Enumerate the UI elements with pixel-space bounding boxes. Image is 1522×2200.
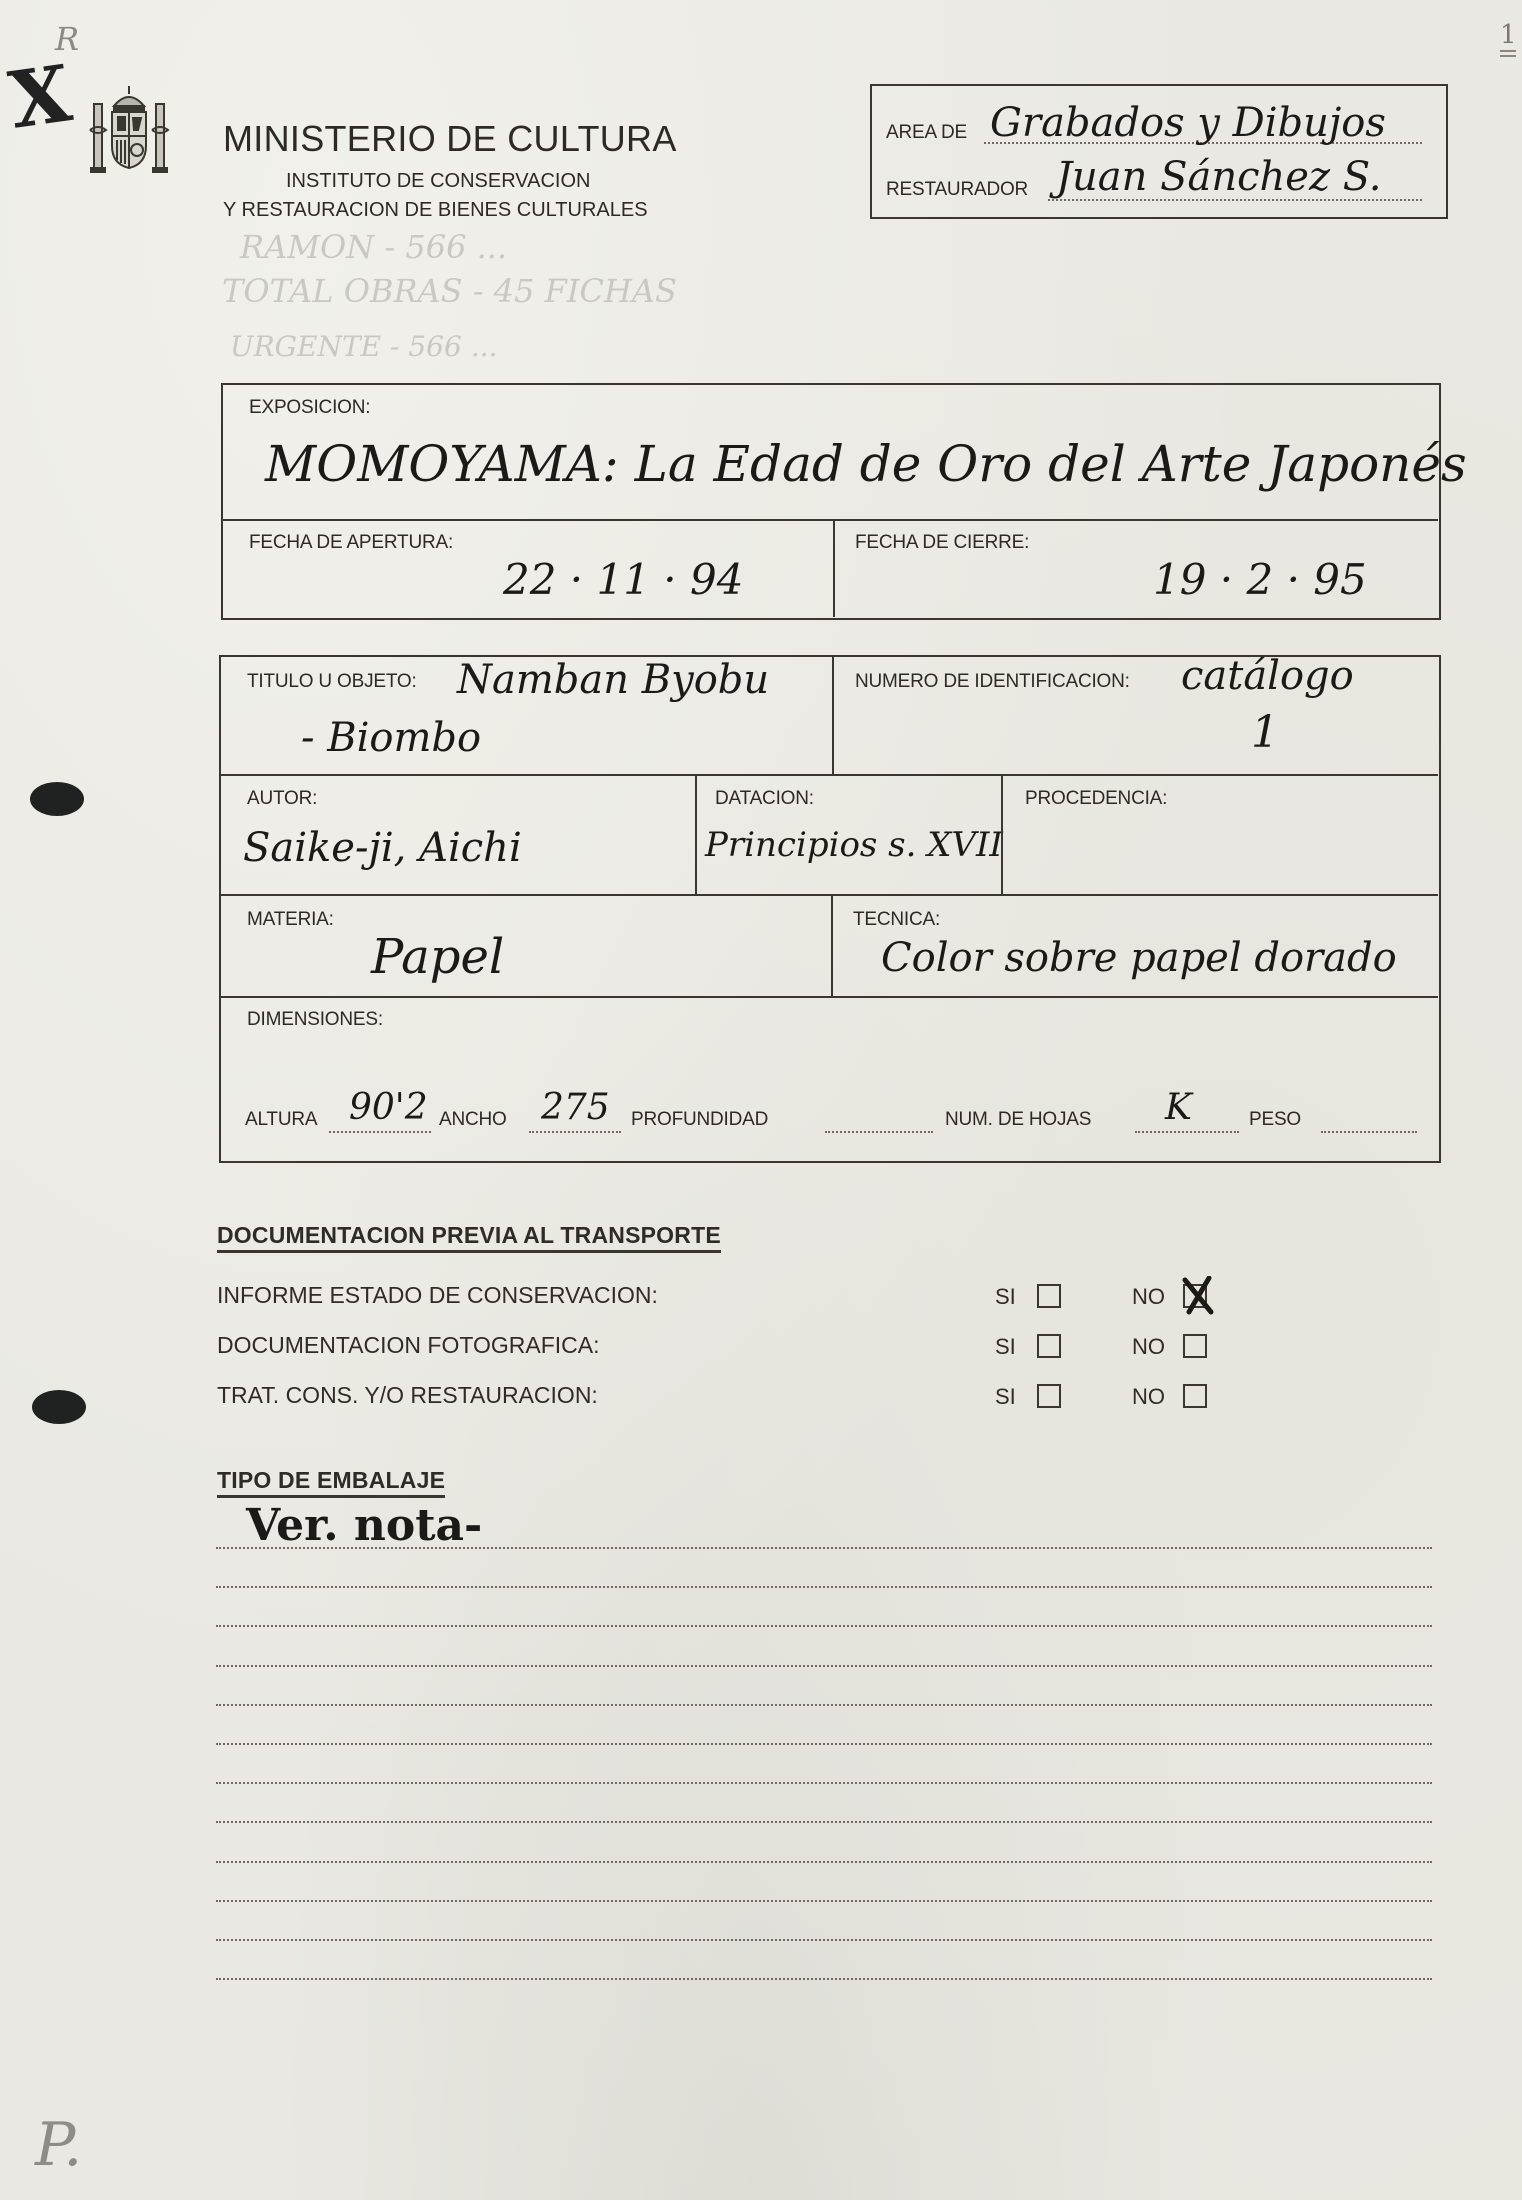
pencil-note: RAMON - 566 ... xyxy=(240,228,507,266)
embalaje-dotted-line xyxy=(216,1547,1432,1549)
restaurador-label: RESTAURADOR xyxy=(886,179,1028,201)
autor-label: AUTOR: xyxy=(247,788,317,810)
embalaje-dotted-line xyxy=(216,1900,1432,1902)
dimensiones-label: DIMENSIONES: xyxy=(247,1009,383,1031)
embalaje-dotted-line xyxy=(216,1625,1432,1627)
no-checkbox[interactable] xyxy=(1183,1384,1207,1408)
page-number: 1 xyxy=(1500,20,1517,57)
altura-label: ALTURA xyxy=(245,1109,317,1131)
tecnica-value[interactable]: Color sobre papel dorado xyxy=(881,935,1397,981)
pencil-note: TOTAL OBRAS - 45 FICHAS xyxy=(222,272,677,310)
embalaje-dotted-line xyxy=(216,1821,1432,1823)
embalaje-value[interactable]: Ver. nota- xyxy=(246,1500,482,1551)
no-label: NO xyxy=(1132,1334,1165,1360)
documentacion-title: DOCUMENTACION PREVIA AL TRANSPORTE xyxy=(217,1222,721,1253)
num-hojas-value[interactable]: K xyxy=(1165,1087,1192,1128)
no-label: NO xyxy=(1132,1284,1165,1310)
num-hojas-label: NUM. DE HOJAS xyxy=(945,1109,1091,1131)
coat-of-arms-icon xyxy=(88,84,170,174)
si-checkbox[interactable] xyxy=(1037,1384,1061,1408)
restaurador-value[interactable]: Juan Sánchez S. xyxy=(1056,154,1381,200)
fecha-cierre-label: FECHA DE CIERRE: xyxy=(855,532,1029,554)
si-checkbox[interactable] xyxy=(1037,1334,1061,1358)
bottom-pencil-mark: P. xyxy=(35,2110,82,2180)
numero-identificacion-line1[interactable]: catálogo xyxy=(1181,653,1354,699)
exposicion-box: EXPOSICION: MOMOYAMA: La Edad de Oro del… xyxy=(221,383,1441,620)
documentacion-row-label: INFORME ESTADO DE CONSERVACION: xyxy=(217,1282,658,1309)
embalaje-dotted-line xyxy=(216,1704,1432,1706)
area-value[interactable]: Grabados y Dibujos xyxy=(990,100,1386,146)
binder-hole-top xyxy=(30,782,84,816)
no-checkbox[interactable] xyxy=(1183,1334,1207,1358)
no-checkbox-checked[interactable] xyxy=(1183,1284,1207,1308)
embalaje-dotted-line xyxy=(216,1978,1432,1980)
exposicion-label: EXPOSICION: xyxy=(249,397,370,419)
documentacion-row-label: TRAT. CONS. Y/O RESTAURACION: xyxy=(217,1382,598,1409)
si-label: SI xyxy=(995,1284,1016,1310)
no-label: NO xyxy=(1132,1384,1165,1410)
objeto-box: TITULO U OBJETO: Namban Byobu - Biombo N… xyxy=(219,655,1441,1163)
documentacion-row-label: DOCUMENTACION FOTOGRAFICA: xyxy=(217,1332,600,1359)
documentacion-row: TRAT. CONS. Y/O RESTAURACION: SI NO xyxy=(217,1382,1217,1416)
embalaje-dotted-line xyxy=(216,1665,1432,1667)
documentacion-row: DOCUMENTACION FOTOGRAFICA: SI NO xyxy=(217,1332,1217,1366)
tecnica-label: TECNICA: xyxy=(853,909,940,931)
fecha-apertura-label: FECHA DE APERTURA: xyxy=(249,532,453,554)
datacion-value[interactable]: Principios s. XVII xyxy=(705,825,1003,865)
area-box: AREA DE Grabados y Dibujos RESTAURADOR J… xyxy=(870,84,1448,219)
titulo-value-line1[interactable]: Namban Byobu xyxy=(457,657,769,703)
exposicion-value[interactable]: MOMOYAMA: La Edad de Oro del Arte Japoné… xyxy=(265,435,1467,493)
numero-identificacion-label: NUMERO DE IDENTIFICACION: xyxy=(855,671,1130,693)
pencil-note: URGENTE - 566 ... xyxy=(230,330,497,363)
fecha-cierre-value[interactable]: 19 · 2 · 95 xyxy=(1153,555,1367,604)
embalaje-dotted-line xyxy=(216,1743,1432,1745)
ministry-title: MINISTERIO DE CULTURA xyxy=(223,118,677,160)
altura-value[interactable]: 90'2 xyxy=(349,1087,428,1128)
corner-x-mark: X xyxy=(4,48,77,147)
documentacion-row: INFORME ESTADO DE CONSERVACION: SI NO xyxy=(217,1282,1217,1316)
numero-identificacion-line2[interactable]: 1 xyxy=(1251,707,1279,758)
materia-label: MATERIA: xyxy=(247,909,334,931)
embalaje-title: TIPO DE EMBALAJE xyxy=(217,1467,445,1498)
page-number-text: 1 xyxy=(1500,20,1517,50)
institute-line-2: Y RESTAURACION DE BIENES CULTURALES xyxy=(223,199,648,222)
si-label: SI xyxy=(995,1334,1016,1360)
dimensiones-row: ALTURA 90'2 ANCHO 275 PROFUNDIDAD NUM. D… xyxy=(245,1109,1415,1139)
ancho-label: ANCHO xyxy=(439,1109,507,1131)
titulo-value-line2[interactable]: - Biombo xyxy=(301,715,481,761)
procedencia-label: PROCEDENCIA: xyxy=(1025,788,1167,810)
area-label: AREA DE xyxy=(886,122,967,144)
binder-hole-bottom xyxy=(32,1390,86,1424)
peso-label: PESO xyxy=(1249,1109,1301,1131)
si-label: SI xyxy=(995,1384,1016,1410)
embalaje-dotted-line xyxy=(216,1782,1432,1784)
corner-pencil-mark: R xyxy=(55,20,79,58)
autor-value[interactable]: Saike-ji, Aichi xyxy=(243,825,522,871)
fecha-apertura-value[interactable]: 22 · 11 · 94 xyxy=(503,555,743,604)
institute-line-1: INSTITUTO DE CONSERVACION xyxy=(286,170,590,193)
ancho-value[interactable]: 275 xyxy=(541,1087,610,1128)
si-checkbox[interactable] xyxy=(1037,1284,1061,1308)
materia-value[interactable]: Papel xyxy=(371,929,504,985)
datacion-label: DATACION: xyxy=(715,788,814,810)
embalaje-dotted-line xyxy=(216,1861,1432,1863)
embalaje-dotted-line xyxy=(216,1586,1432,1588)
titulo-label: TITULO U OBJETO: xyxy=(247,671,417,693)
profundidad-label: PROFUNDIDAD xyxy=(631,1109,768,1131)
embalaje-dotted-line xyxy=(216,1939,1432,1941)
